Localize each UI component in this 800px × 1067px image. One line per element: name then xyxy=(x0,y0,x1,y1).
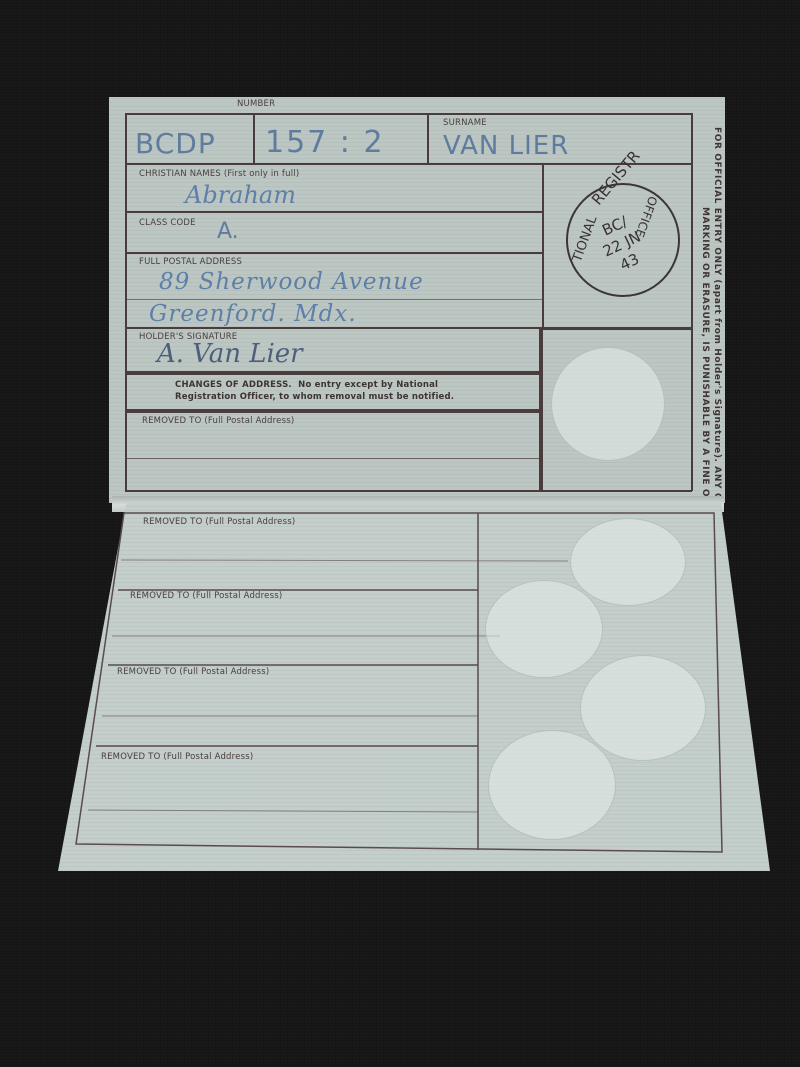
embossed-circle xyxy=(485,580,603,678)
embossed-circle xyxy=(580,655,706,761)
removed-to-label-5: REMOVED TO (Full Postal Address) xyxy=(101,752,253,762)
embossed-circle xyxy=(488,730,616,840)
removed-to-label-2: REMOVED TO (Full Postal Address) xyxy=(143,517,295,527)
embossed-circle xyxy=(570,518,686,606)
removed-to-label-4: REMOVED TO (Full Postal Address) xyxy=(117,667,269,677)
removed-to-label-3: REMOVED TO (Full Postal Address) xyxy=(130,591,282,601)
bottom-page-frame xyxy=(0,0,800,1067)
